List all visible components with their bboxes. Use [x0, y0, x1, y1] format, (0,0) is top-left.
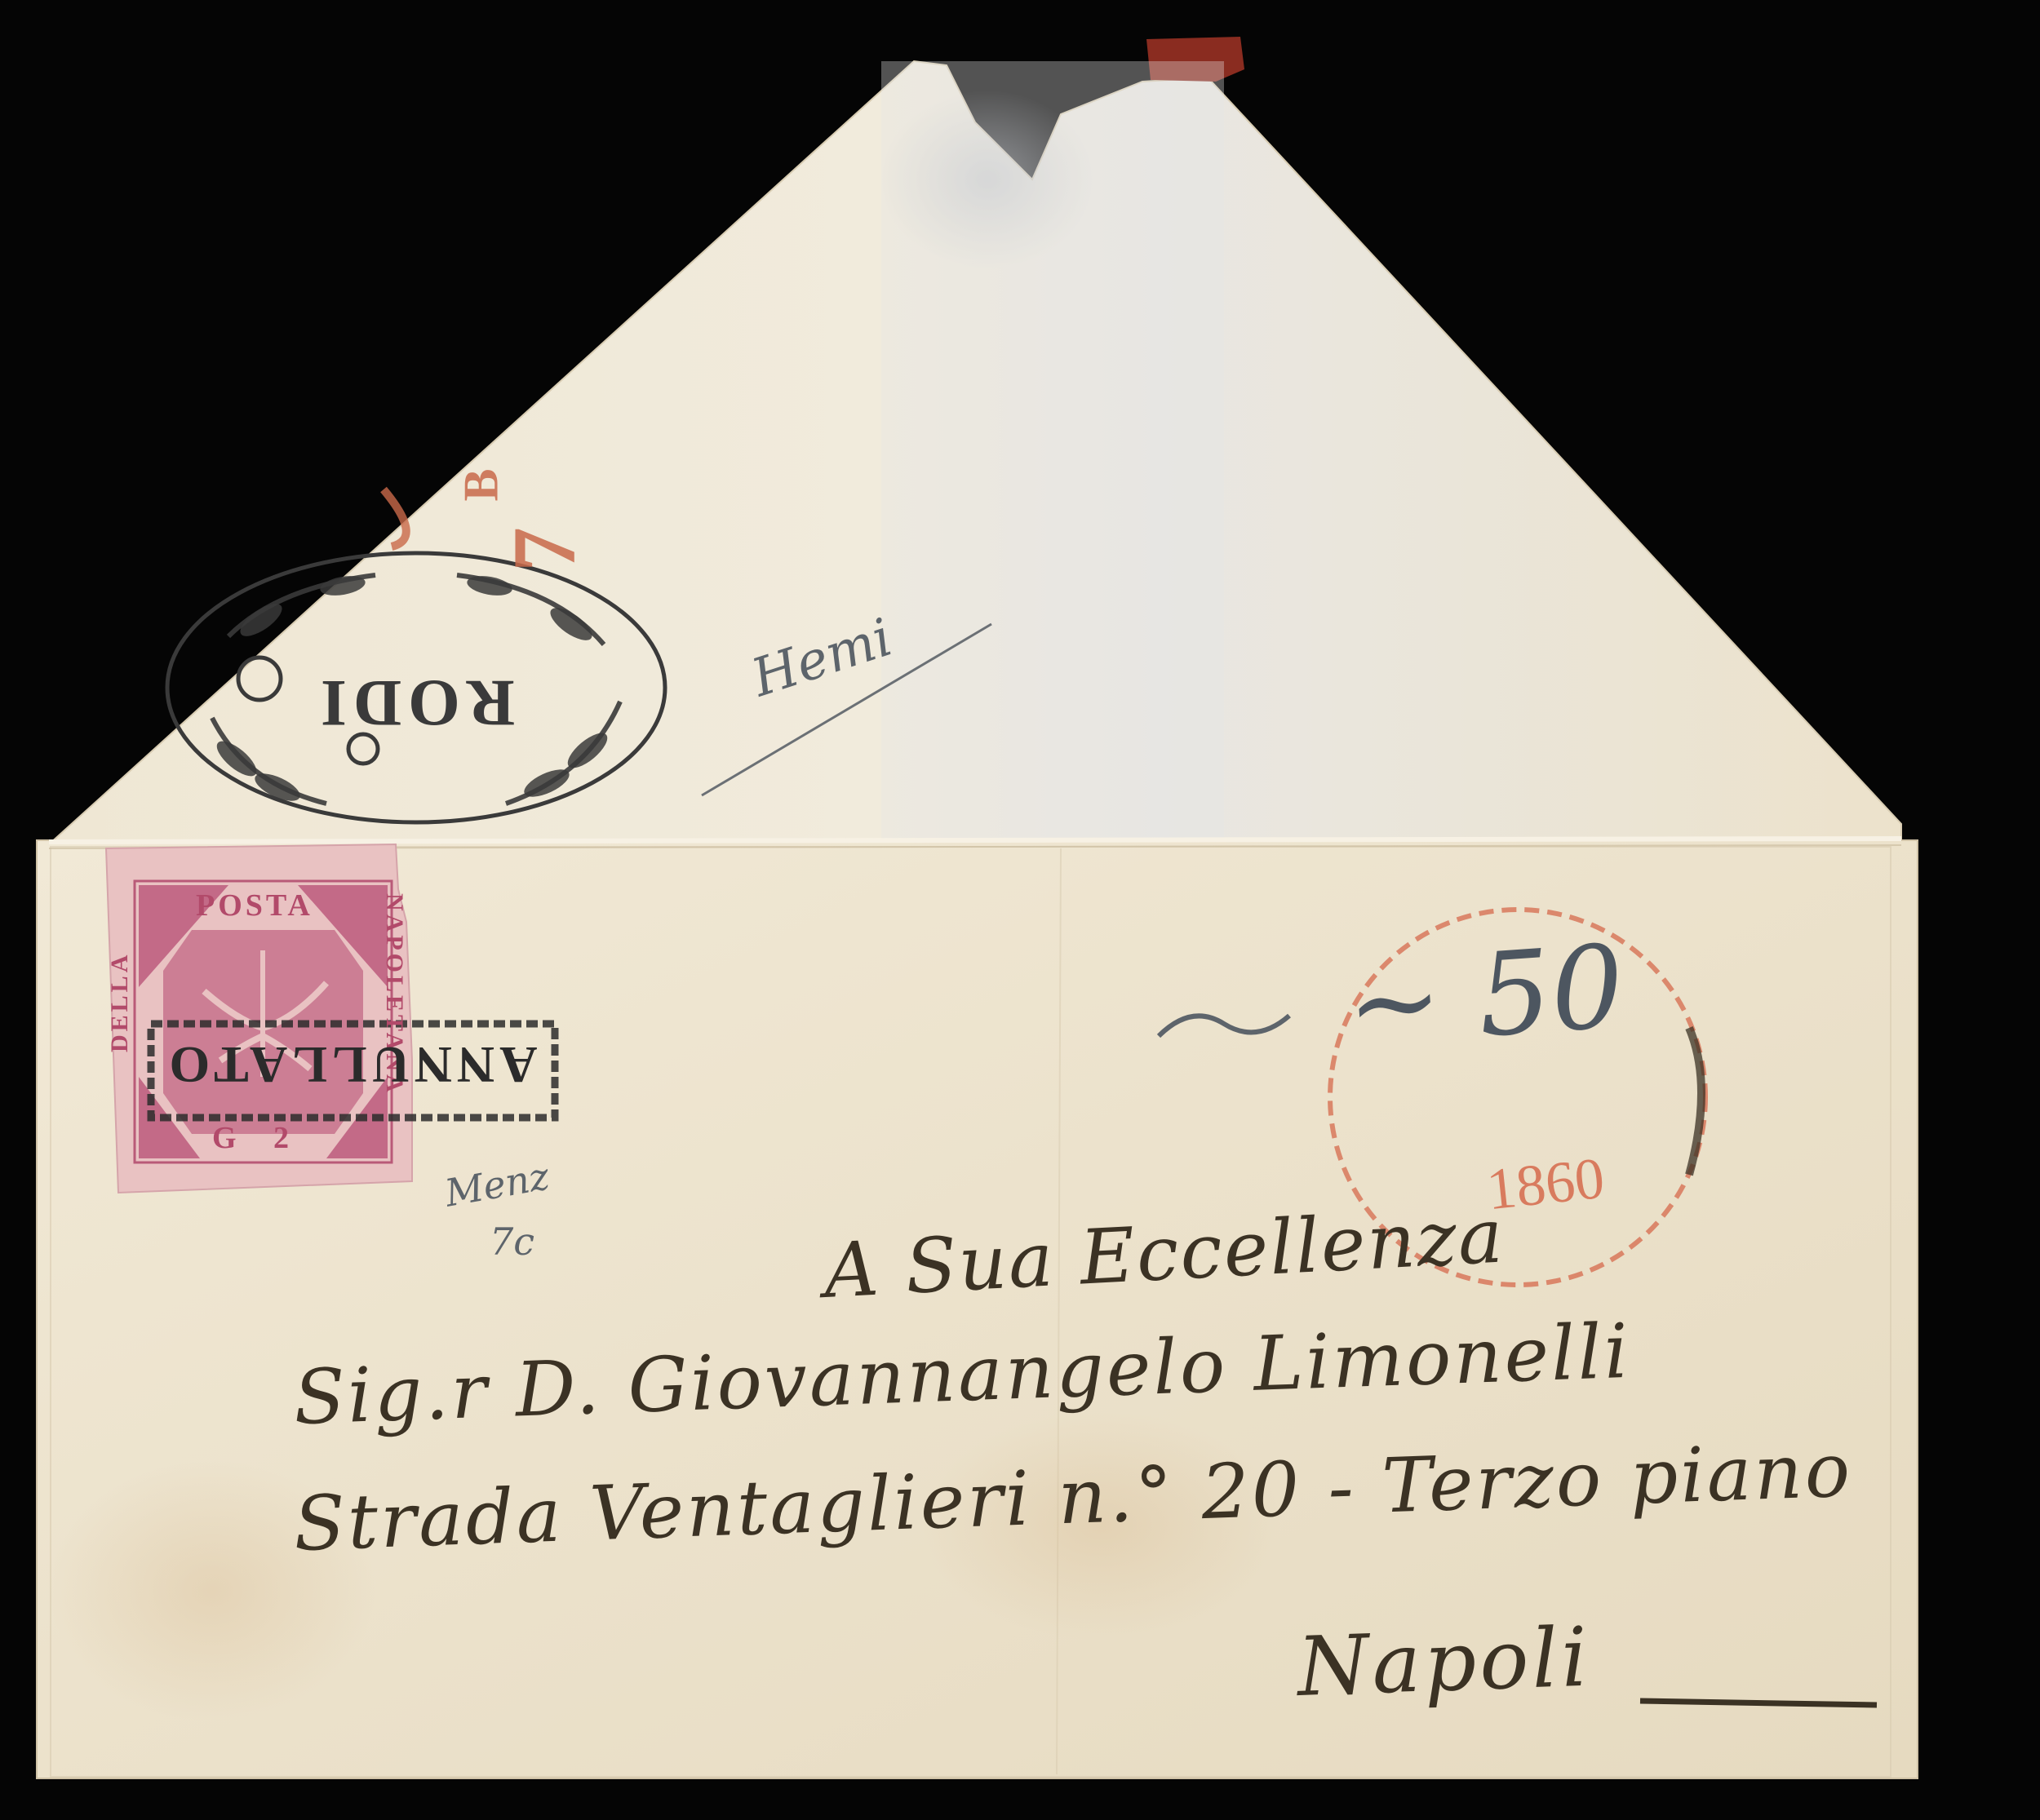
flap-datestamp-partial: B	[454, 468, 510, 501]
rate-annotation: ~ 50	[1342, 920, 1628, 1072]
oval-handstamp-text: RODI	[314, 665, 515, 742]
stamp-label-posta: POSTA	[196, 888, 313, 923]
flap-datestamp-day: 7	[493, 527, 596, 572]
cancellation-text: ANNULLATO	[147, 1034, 555, 1095]
address-line-4: Napoli	[1296, 1609, 1592, 1714]
stamp-label-della: DELLA	[106, 952, 134, 1052]
stamp-value: G 2	[212, 1120, 304, 1156]
pencil-note-line2: 7c	[490, 1220, 534, 1264]
napoli-underline	[1640, 1701, 1877, 1705]
cover-scene: POSTA DELLA NAPOLETANA G 2 ANNULLATO ROD…	[0, 0, 2040, 1820]
